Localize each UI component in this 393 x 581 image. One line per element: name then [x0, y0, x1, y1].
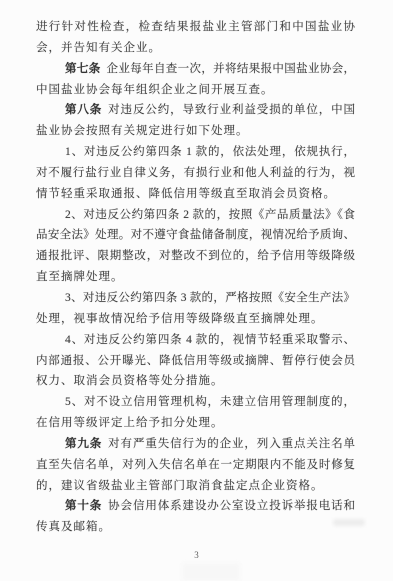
line-text: 5、对不设立信用管理机构，未建立信用管理制度的， — [65, 396, 355, 408]
document-body: 进行针对性检查，检查结果报盐业主管部门和中国盐业协会，并告知有关企业。第七条企业… — [36, 17, 355, 538]
line-text: 对违反公约，导致行业利益受损的单位，中国 — [108, 104, 355, 116]
text-line: 情节轻重采取通报、降低信用等级直至取消会员资格。 — [36, 184, 355, 205]
text-line: 内部通报、公开曝光、降低信用等级或摘牌、暂停行使会员 — [36, 351, 355, 372]
line-text: 权力、取消会员资格等处分措施。 — [36, 375, 224, 387]
text-line: 的，建议省级盐业主管部门取消食盐定点企业资格。 — [36, 476, 355, 497]
line-text: 传真及邮箱。 — [36, 521, 111, 533]
line-text: 会，并告知有关企业。 — [36, 42, 161, 54]
line-text: 对有严重失信行为的企业，列入重点关注名单 — [108, 438, 355, 450]
line-text: 3、对违反公约第四条 3 款的，严格按照《安全生产法》 — [65, 292, 355, 304]
text-line: 进行针对性检查，检查结果报盐业主管部门和中国盐业协 — [36, 17, 355, 38]
line-text: 4、对违反公约第四条 4 款的，视情节轻重采取警示、 — [65, 334, 355, 346]
text-line: 5、对不设立信用管理机构，未建立信用管理制度的， — [36, 392, 355, 413]
text-line: 品安全法》处理。对不遵守食盐储备制度，视情况给予质询、 — [36, 225, 355, 246]
line-text: 协会信用体系建设办公室设立投诉举报电话和 — [108, 500, 355, 512]
text-line: 盐业协会按照有关规定进行如下处理。 — [36, 121, 355, 142]
line-text: 内部通报、公开曝光、降低信用等级或摘牌、暂停行使会员 — [36, 355, 355, 367]
scan-smudge — [182, 563, 240, 581]
text-line: 对不履行盐行业自律义务，有损行业和他人利益的行为，视 — [36, 163, 355, 184]
line-text: 处理，视事故情况给予信用等级降级直至摘牌处理。 — [36, 313, 324, 325]
line-text: 品安全法》处理。对不遵守食盐储备制度，视情况给予质询、 — [36, 229, 355, 241]
text-line: 传真及邮箱。 — [36, 517, 355, 538]
scan-smudge — [333, 519, 365, 526]
document-page: 进行针对性检查，检查结果报盐业主管部门和中国盐业协会，并告知有关企业。第七条企业… — [0, 0, 393, 581]
article-heading: 第九条 — [65, 438, 102, 450]
text-line: 在信用等级评定上给予扣分处理。 — [36, 413, 355, 434]
line-text: 盐业协会按照有关规定进行如下处理。 — [36, 125, 249, 137]
text-line: 通报批评、限期整改，对整改不到位的，给予信用等级降级 — [36, 246, 355, 267]
line-text: 2、对违反公约第四条 2 款的，按照《产品质量法》《食 — [65, 209, 355, 221]
line-text: 情节轻重采取通报、降低信用等级直至取消会员资格。 — [36, 188, 336, 200]
text-line: 会，并告知有关企业。 — [36, 38, 355, 59]
text-line: 处理，视事故情况给予信用等级降级直至摘牌处理。 — [36, 309, 355, 330]
text-line: 2、对违反公约第四条 2 款的，按照《产品质量法》《食 — [36, 205, 355, 226]
line-text: 通报批评、限期整改，对整改不到位的，给予信用等级降级 — [36, 250, 355, 262]
article-heading: 第七条 — [65, 63, 101, 75]
text-line: 4、对违反公约第四条 4 款的，视情节轻重采取警示、 — [36, 330, 355, 351]
text-line: 权力、取消会员资格等处分措施。 — [36, 371, 355, 392]
text-line: 1、对违反公约第四条 1 款的，依法处理，依规执行， — [36, 142, 355, 163]
line-text: 中国盐业协会每年组织企业之间开展互查。 — [36, 84, 274, 96]
line-text: 在信用等级评定上给予扣分处理。 — [36, 417, 224, 429]
page-number: 3 — [0, 549, 393, 561]
line-text: 的，建议省级盐业主管部门取消食盐定点企业资格。 — [36, 480, 324, 492]
text-line: 3、对违反公约第四条 3 款的，严格按照《安全生产法》 — [36, 288, 355, 309]
line-text: 直至失信名单，对列入失信名单在一定期限内不能及时修复 — [36, 459, 355, 471]
line-text: 进行针对性检查，检查结果报盐业主管部门和中国盐业协 — [36, 21, 355, 33]
line-text: 企业每年自查一次，并将结果报中国盐业协会， — [107, 63, 355, 75]
text-line: 直至摘牌处理。 — [36, 267, 355, 288]
text-line: 第八条对违反公约，导致行业利益受损的单位，中国 — [36, 100, 355, 121]
text-line: 第七条企业每年自查一次，并将结果报中国盐业协会， — [36, 59, 355, 80]
article-heading: 第八条 — [65, 104, 102, 116]
text-line: 第十条协会信用体系建设办公室设立投诉举报电话和 — [36, 496, 355, 517]
line-text: 1、对违反公约第四条 1 款的，依法处理，依规执行， — [65, 146, 355, 158]
line-text: 直至摘牌处理。 — [36, 271, 124, 283]
line-text: 对不履行盐行业自律义务，有损行业和他人利益的行为，视 — [36, 167, 355, 179]
article-heading: 第十条 — [65, 500, 102, 512]
text-line: 中国盐业协会每年组织企业之间开展互查。 — [36, 80, 355, 101]
text-line: 直至失信名单，对列入失信名单在一定期限内不能及时修复 — [36, 455, 355, 476]
text-line: 第九条对有严重失信行为的企业，列入重点关注名单 — [36, 434, 355, 455]
